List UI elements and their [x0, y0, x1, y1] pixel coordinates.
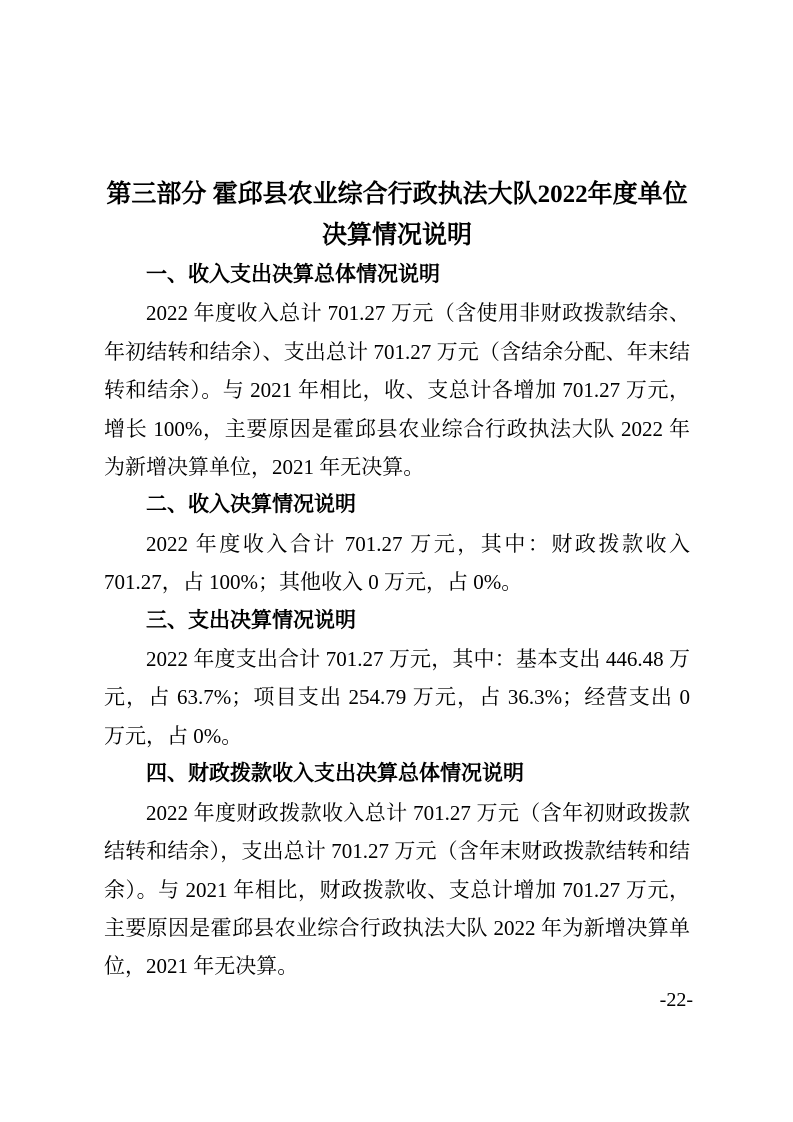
- section-expenditure-statement: 三、支出决算情况说明 2022 年度支出合计 701.27 万元，其中：基本支出…: [104, 602, 690, 756]
- section-3-heading: 三、支出决算情况说明: [104, 602, 690, 640]
- page-number: -22-: [660, 988, 693, 1012]
- document-page: 第三部分 霍邱县农业综合行政执法大队2022年度单位决算情况说明 一、收入支出决…: [0, 0, 793, 1122]
- section-2-paragraph: 2022 年度收入合计 701.27 万元，其中：财政拨款收入 701.27，占…: [104, 525, 690, 602]
- section-3-paragraph: 2022 年度支出合计 701.27 万元，其中：基本支出 446.48 万元，…: [104, 640, 690, 755]
- section-1-paragraph: 2022 年度收入总计 701.27 万元（含使用非财政拨款结余、年初结转和结余…: [104, 294, 690, 486]
- document-title: 第三部分 霍邱县农业综合行政执法大队2022年度单位决算情况说明: [104, 174, 690, 256]
- section-2-heading: 二、收入决算情况说明: [104, 486, 690, 524]
- section-income-expenditure-overview: 一、收入支出决算总体情况说明 2022 年度收入总计 701.27 万元（含使用…: [104, 256, 690, 486]
- section-4-paragraph: 2022 年度财政拨款收入总计 701.27 万元（含年初财政拨款结转和结余），…: [104, 794, 690, 986]
- section-1-heading: 一、收入支出决算总体情况说明: [104, 256, 690, 294]
- section-fiscal-appropriation-overview: 四、财政拨款收入支出决算总体情况说明 2022 年度财政拨款收入总计 701.2…: [104, 755, 690, 985]
- section-4-heading: 四、财政拨款收入支出决算总体情况说明: [104, 755, 690, 793]
- section-income-statement: 二、收入决算情况说明 2022 年度收入合计 701.27 万元，其中：财政拨款…: [104, 486, 690, 601]
